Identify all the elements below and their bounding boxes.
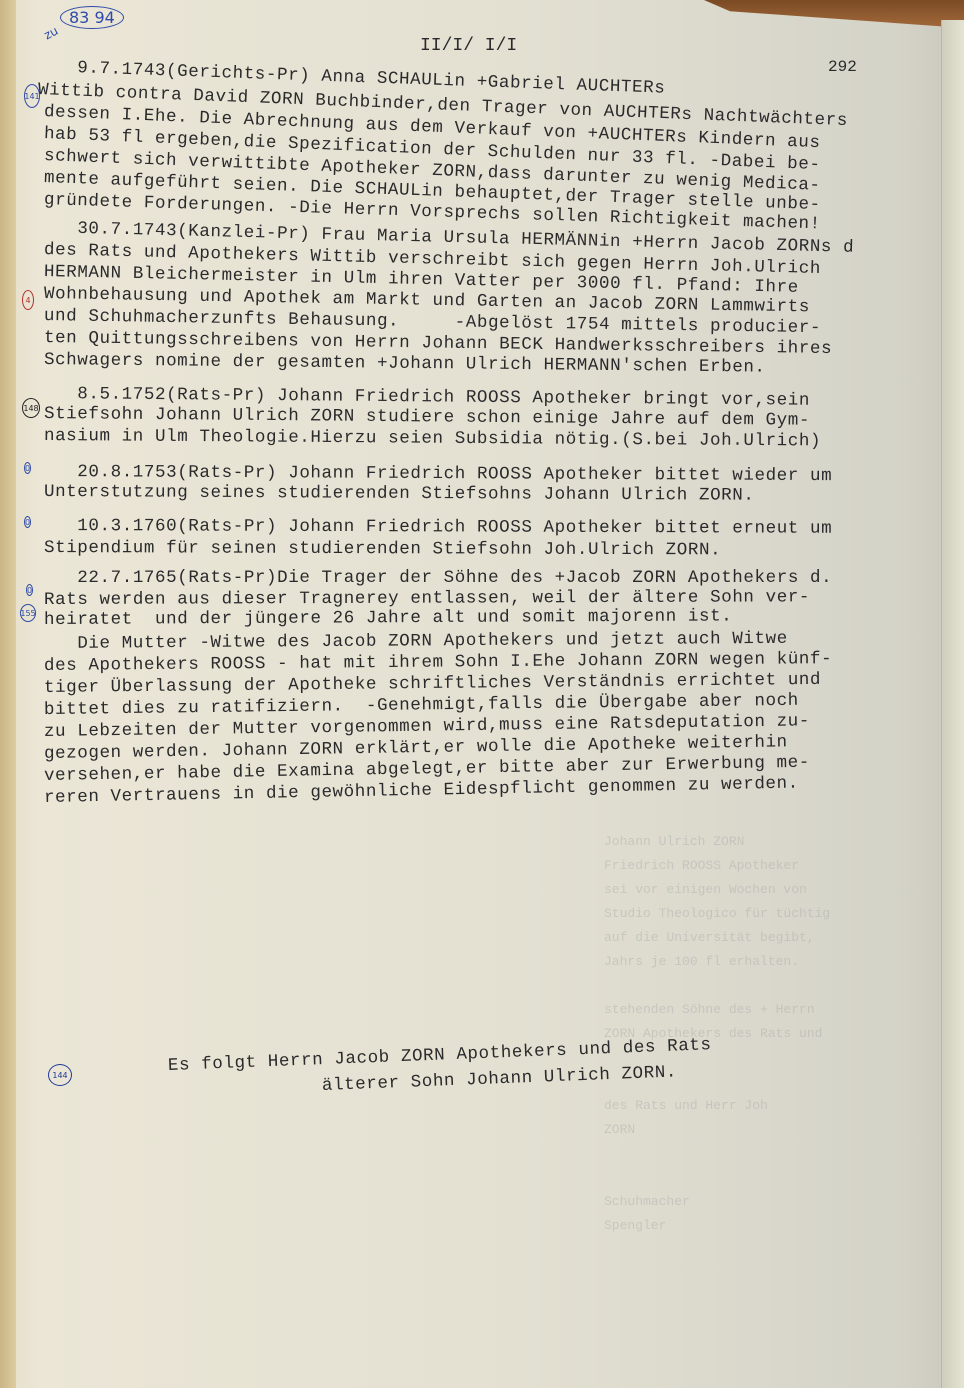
margin-circle-note: 144 [48, 1064, 72, 1086]
page-edge [941, 20, 964, 1388]
margin-prefix: zu [42, 24, 61, 43]
document-line: heiratet und der jüngere 26 Jahre alt un… [44, 606, 732, 630]
margin-circle-note: 155 [20, 604, 36, 622]
document-page: Johann Ulrich ZORN Friedrich ROOSS Apoth… [0, 0, 964, 1388]
book-spine [0, 0, 16, 1388]
bleed-through-text: Johann Ulrich ZORN Friedrich ROOSS Apoth… [604, 830, 934, 1238]
document-line: Unterstutzung seines studierenden Stiefs… [44, 482, 755, 506]
margin-ref-numbers: 83 94 [60, 6, 124, 29]
section-marker: II/I/ I/I [420, 36, 517, 56]
margin-circle-note: 0 [24, 516, 31, 528]
document-line: Stipendium für seinen studierenden Stief… [44, 538, 721, 560]
document-line: 22.7.1765(Rats-Pr)Die Trager der Söhne d… [44, 568, 832, 588]
margin-circle-note: 0 [24, 462, 31, 474]
document-line: nasium in Ulm Theologie.Hierzu seien Sub… [44, 426, 821, 451]
page-number: 292 [828, 58, 857, 76]
margin-circle-note: 148 [22, 398, 40, 418]
margin-circle-note: 4 [22, 290, 34, 310]
table-surface [704, 0, 964, 28]
document-line: 10.3.1760(Rats-Pr) Johann Friedrich ROOS… [44, 516, 832, 539]
margin-circle-note: 0 [26, 584, 33, 596]
